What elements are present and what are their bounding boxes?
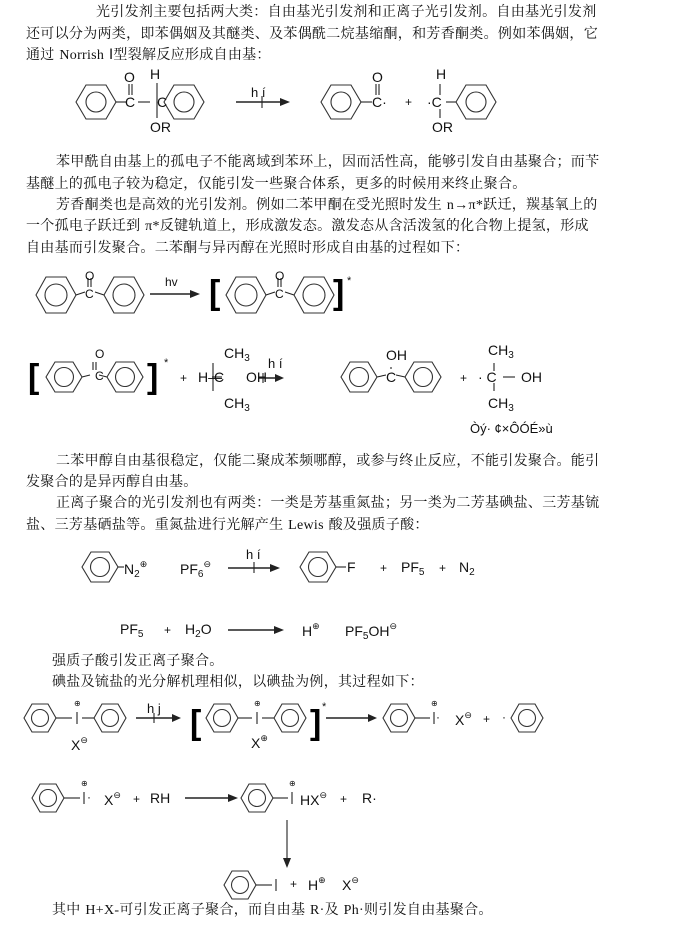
iodonium-charge: ⊕ [289, 780, 296, 788]
product-o: O [372, 70, 383, 84]
isopropanol-structures [0, 335, 699, 445]
excited-iodonium-charge: ⊕ [254, 700, 261, 708]
text: 可引发正离子聚合，而自由基 [119, 902, 310, 918]
para8: 其中 H+X-可引发正离子聚合，而自由基 R·及 Ph·则引发自由基聚合。 [52, 900, 493, 921]
carbon-2: C [157, 95, 167, 109]
anion-x: X⊖ [104, 791, 121, 807]
ph-radical-term: Ph· [344, 903, 364, 918]
radical-methyl-bottom: CH3 [488, 396, 514, 414]
text: 芳香酮类也是高效的光引发剂。例如二苯甲酮在受光照时发生 [56, 197, 447, 213]
text: 盐、三芳基硒盐等。重氮盐进行光解产生 [26, 517, 288, 533]
radical-cation-charge: ⊕ [431, 700, 438, 708]
carbonyl-c: C [85, 288, 94, 300]
close-bracket: ] [147, 360, 158, 394]
para4-line1: 二苯甲醇自由基很稳定，仅能二聚成苯频哪醇，或参与终止反应，不能引发聚合。能引 [56, 451, 599, 471]
benzoyl-radical-c: C· [372, 95, 387, 109]
proton: H⊕ [308, 876, 326, 892]
garbled-caption: Òý· ¢×ÔÓÉ»ù [470, 422, 553, 435]
text: 跃迁，羰基氧上的 [483, 197, 597, 213]
text: 酸及强质子酸： [324, 517, 429, 533]
excited-carbonyl-o: O [275, 270, 284, 282]
close-bracket: ] [333, 276, 344, 310]
text: 反键轨道上，形成激发态。激发态从含活泼氢的化合物上提氢，形成 [160, 218, 589, 234]
product-h: H [436, 67, 446, 81]
arrow-label: h j [147, 702, 161, 715]
arrow-label: hv [165, 276, 178, 288]
plus-sign: + [340, 793, 347, 805]
methyl-bottom: CH3 [224, 396, 250, 414]
pi-star-term: π* [145, 219, 160, 234]
text: 及 [325, 902, 344, 918]
methyl-top: CH3 [224, 346, 250, 364]
r-radical-term: R· [310, 903, 325, 918]
open-bracket: [ [190, 706, 201, 740]
r-radical: R· [362, 791, 377, 805]
radical-dot: · [87, 791, 91, 803]
plus-sign: + [133, 793, 140, 805]
plus-sign: + [483, 713, 490, 725]
hydrogen: H [150, 67, 160, 81]
hx-term: H+X- [85, 903, 119, 918]
hx-anion: HX⊖ [300, 791, 327, 807]
arrow-label: h í [246, 548, 260, 561]
hexafluorophosphate: PF6⊖ [180, 560, 211, 580]
text: 则引发自由基聚合。 [364, 902, 493, 918]
product-or: OR [432, 120, 453, 134]
para5-line1: 正离子聚合的光引发剂也有两类：一类是芳基重氮盐；另一类为二芳基碘盐、三芳基锍 [56, 493, 599, 513]
benzoin-structures [0, 60, 699, 150]
plus-sign: + [180, 372, 187, 384]
para1-line2: 还可以分为两类，即苯偶姻及其醚类、及苯偶酰二烷基缩酮，和芳香酮类。例如苯偶姻，它 [26, 24, 598, 44]
plus-sign: + [460, 372, 467, 384]
radical-cation-charge: ⊕ [81, 780, 88, 788]
para3-line1: 芳香酮类也是高效的光引发剂。例如二苯甲酮在受光照时发生 n→π*跃迁，羰基氧上的 [56, 195, 598, 216]
para4-line2: 发聚合的是异丙醇自由基。 [26, 472, 198, 492]
para2-line2: 基醚上的孤电子较为稳定，仅能引发一些聚合体系，更多的时候用来终止聚合。 [26, 174, 527, 194]
excited-carbonyl-c: C [275, 288, 284, 300]
ketyl-c: C [386, 370, 396, 384]
plus-sign: + [405, 96, 412, 108]
radical-methyl-top: CH3 [488, 343, 514, 361]
anion-x: X⊖ [342, 876, 359, 892]
excited-counter-anion: X⊕ [251, 734, 268, 750]
radical-oh: OH [521, 370, 542, 384]
arrow-label: h í [268, 357, 282, 370]
plus-sign: + [380, 562, 387, 574]
carbonyl-o: O [95, 348, 104, 360]
central-c: C [214, 370, 224, 384]
para1-line1: 光引发剂主要包括两大类：自由基光引发剂和正离子光引发剂。自由基光引发剂 [96, 2, 597, 22]
arrow-label: h í [251, 86, 265, 99]
fluorine: F [347, 560, 356, 574]
excited-star: * [164, 358, 168, 369]
benzyl-radical-c: ·C [427, 95, 442, 109]
diazo-n2: N2⊕ [124, 560, 147, 580]
text: 一个孤电子跃迁到 [26, 218, 145, 234]
para5-line2: 盐、三芳基硒盐等。重氮盐进行光解产生 Lewis 酸及强质子酸： [26, 515, 429, 536]
plus-sign: + [290, 878, 297, 890]
phenyl-radical-dot: · [502, 711, 506, 723]
pf5: PF5 [401, 560, 424, 578]
hydroxyl: OH [246, 370, 267, 384]
excited-star: * [347, 276, 351, 287]
para3-line3: 自由基而引发聚合。二苯酮与异丙醇在光照时形成自由基的过程如下： [26, 238, 469, 258]
para7: 碘盐及锍盐的光分解机理相似，以碘盐为例，其过程如下： [52, 672, 424, 692]
para6: 强质子酸引发正离子聚合。 [52, 651, 224, 671]
rh: RH [150, 791, 170, 805]
para3-line2: 一个孤电子跃迁到 π*反键轨道上，形成激发态。激发态从含活泼氢的化合物上提氢，形… [26, 216, 589, 237]
pf5oh-anion: PF5OH⊖ [345, 622, 397, 642]
ketyl-oh: OH [386, 348, 407, 362]
para2-line1: 苯甲酰自由基上的孤电子不能离域到苯环上，因而活性高，能够引发自由基聚合；而苄 [56, 152, 599, 172]
close-bracket: ] [310, 706, 321, 740]
plus-sign: + [439, 562, 446, 574]
open-bracket: [ [209, 276, 220, 310]
iodonium-structures [0, 698, 699, 748]
text: 其中 [52, 902, 85, 918]
n2: N2 [459, 560, 475, 578]
anion-x: X⊖ [455, 711, 472, 727]
counter-anion: X⊖ [71, 736, 88, 752]
or-group: OR [150, 120, 171, 134]
proton: H⊕ [302, 622, 320, 638]
radical-dot: · [436, 711, 440, 723]
radical-c: · C [478, 370, 497, 384]
transition-term: n→π* [447, 198, 483, 213]
carbon-1: C [125, 95, 135, 109]
carbonyl-c: C [95, 370, 104, 382]
iodonium-charge: ⊕ [74, 700, 81, 708]
excited-star: * [322, 702, 326, 713]
lewis-term: Lewis [288, 518, 324, 533]
carbonyl-o: O [124, 70, 135, 84]
carbonyl-o: O [85, 270, 94, 282]
